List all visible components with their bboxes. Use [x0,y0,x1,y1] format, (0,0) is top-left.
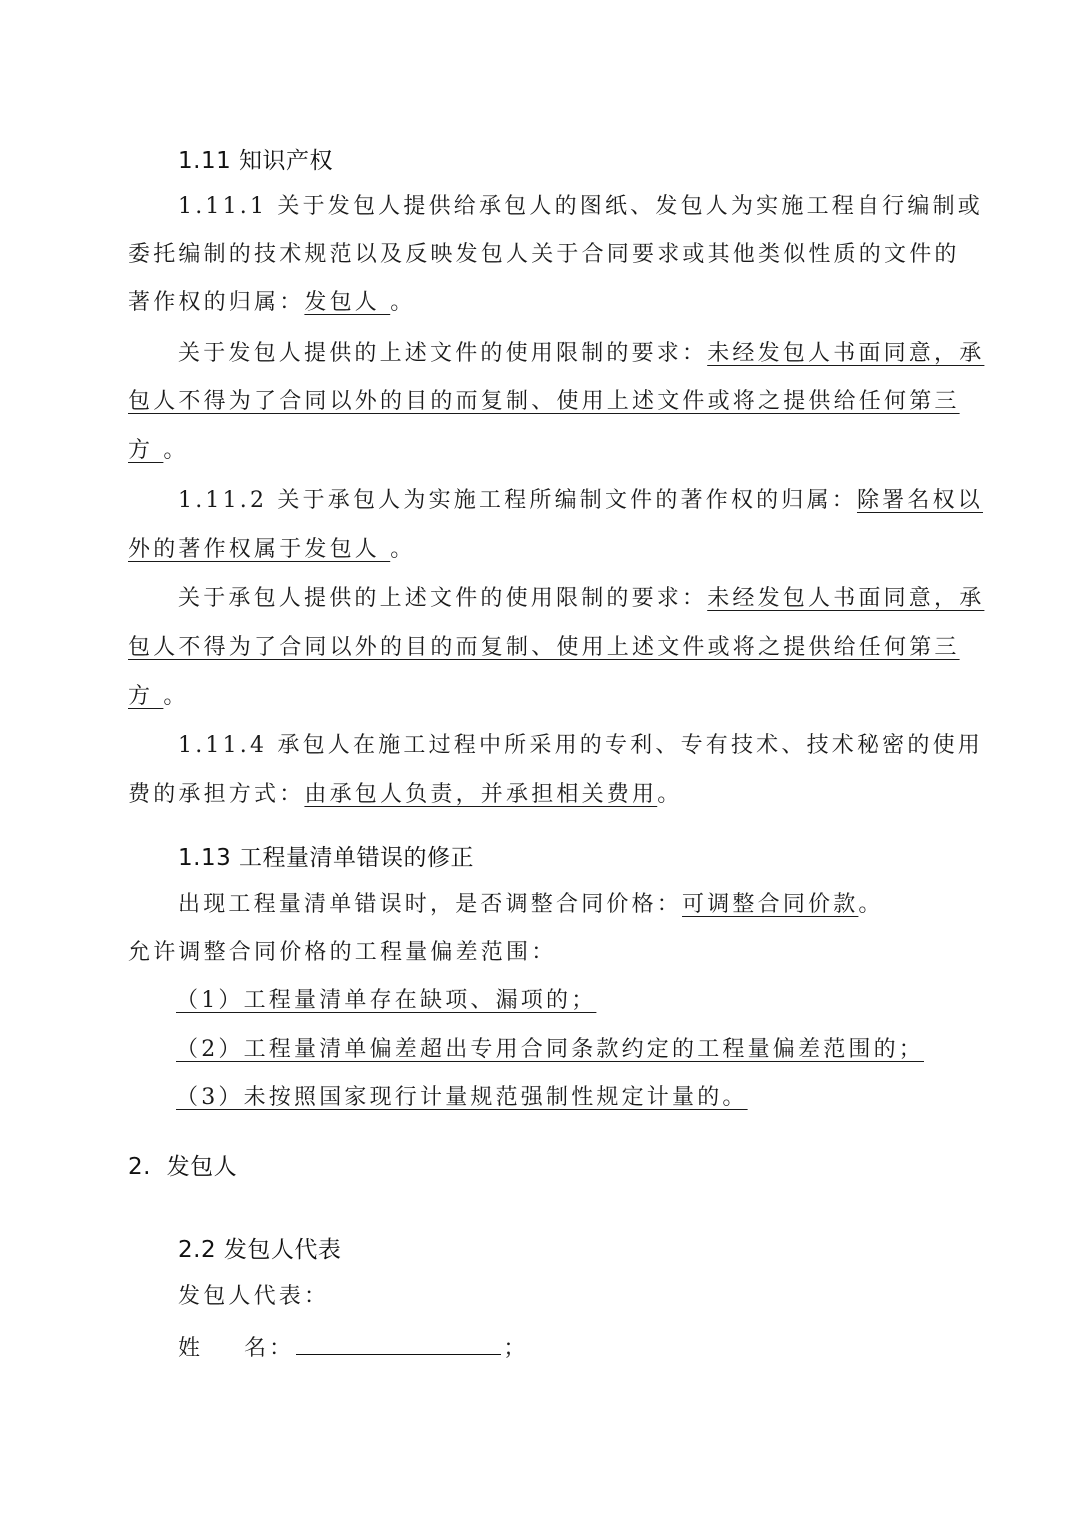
patent-fee-value: 由承包人负责，并承担相关费用 [304,782,657,807]
paragraph-1-11-2-line2: 外的著作权属于发包人 。 [128,535,415,565]
punct: 。 [390,537,415,562]
paragraph-usage-limit-1-line1: 关于发包人提供的上述文件的使用限制的要求：未经发包人书面同意，承 [178,339,984,369]
paragraph-1-11-2-line1: 1.11.2 关于承包人为实施工程所编制文件的著作权的归属：除署名权以 [178,486,983,516]
deviation-item-3: （3）未按照国家现行计量规范强制性规定计量的。 [176,1083,748,1113]
usage-limit-2-value-line2: 包人不得为了合同以外的目的而复制、使用上述文件或将之提供给任何第三 [128,633,960,663]
punct: 。 [163,438,188,463]
representative-label: 发包人代表： [178,1282,329,1312]
name-blank-field[interactable] [296,1332,501,1355]
punct: 。 [390,290,415,315]
deviation-item-2: （2）工程量清单偏差超出专用合同条款约定的工程量偏差范围的； [176,1035,924,1065]
section-heading-2: 2. 发包人 [128,1152,237,1182]
paragraph-1-11-4-line2: 费的承担方式：由承包人负责，并承担相关费用。 [128,780,682,810]
punct: 。 [657,782,682,807]
contractor-copyright-value-line2: 外的著作权属于发包人 [128,537,390,562]
punct: 。 [163,684,188,709]
representative-name-row: 姓 名：； [178,1332,529,1364]
field-label: 关于承包人提供的上述文件的使用限制的要求： [178,586,707,611]
usage-limit-2-value-line3: 方 [128,684,163,709]
usage-limit-2-value: 未经发包人书面同意，承 [707,586,984,611]
paragraph-usage-limit-1-line3: 方 。 [128,436,189,466]
name-label: 姓 名： [178,1336,294,1361]
price-adjust-value: 可调整合同价款 [682,892,858,917]
deviation-range-label: 允许调整合同价格的工程量偏差范围： [128,938,556,968]
paragraph-1-11-1-line2: 委托编制的技术规范以及反映发包人关于合同要求或其他类似性质的文件的 [128,240,960,270]
field-label: 关于发包人提供的上述文件的使用限制的要求： [178,341,707,366]
field-label: 出现工程量清单错误时，是否调整合同价格： [178,892,682,917]
paragraph-usage-limit-2-line3: 方 。 [128,682,189,712]
contractor-copyright-value: 除署名权以 [857,488,983,513]
punct: 。 [858,892,883,917]
field-label: 费的承担方式： [128,782,304,807]
paragraph-1-11-1-line3: 著作权的归属：发包人 。 [128,288,415,318]
paragraph-price-adjust: 出现工程量清单错误时，是否调整合同价格：可调整合同价款。 [178,890,884,920]
paragraph-1-11-1-line1: 1.11.1 关于发包人提供给承包人的图纸、发包人为实施工程自行编制或 [178,192,983,222]
paragraph-1-11-4-line1: 1.11.4 承包人在施工过程中所采用的专利、专有技术、技术秘密的使用 [178,731,983,761]
usage-limit-value: 未经发包人书面同意，承 [707,341,984,366]
deviation-item-1: （1）工程量清单存在缺项、漏项的； [176,986,596,1016]
usage-limit-value-line2: 包人不得为了合同以外的目的而复制、使用上述文件或将之提供给任何第三 [128,387,960,417]
field-label: 1.11.2 关于承包人为实施工程所编制文件的著作权的归属： [178,488,857,513]
section-heading-1-11: 1.11 知识产权 [178,146,333,176]
field-label: 著作权的归属： [128,290,304,315]
punct: ； [503,1336,528,1361]
section-heading-1-13: 1.13 工程量清单错误的修正 [178,843,474,873]
copyright-owner-value: 发包人 [304,290,390,315]
section-heading-2-2: 2.2 发包人代表 [178,1235,341,1265]
usage-limit-value-line3: 方 [128,438,163,463]
paragraph-usage-limit-2-line1: 关于承包人提供的上述文件的使用限制的要求：未经发包人书面同意，承 [178,584,984,614]
